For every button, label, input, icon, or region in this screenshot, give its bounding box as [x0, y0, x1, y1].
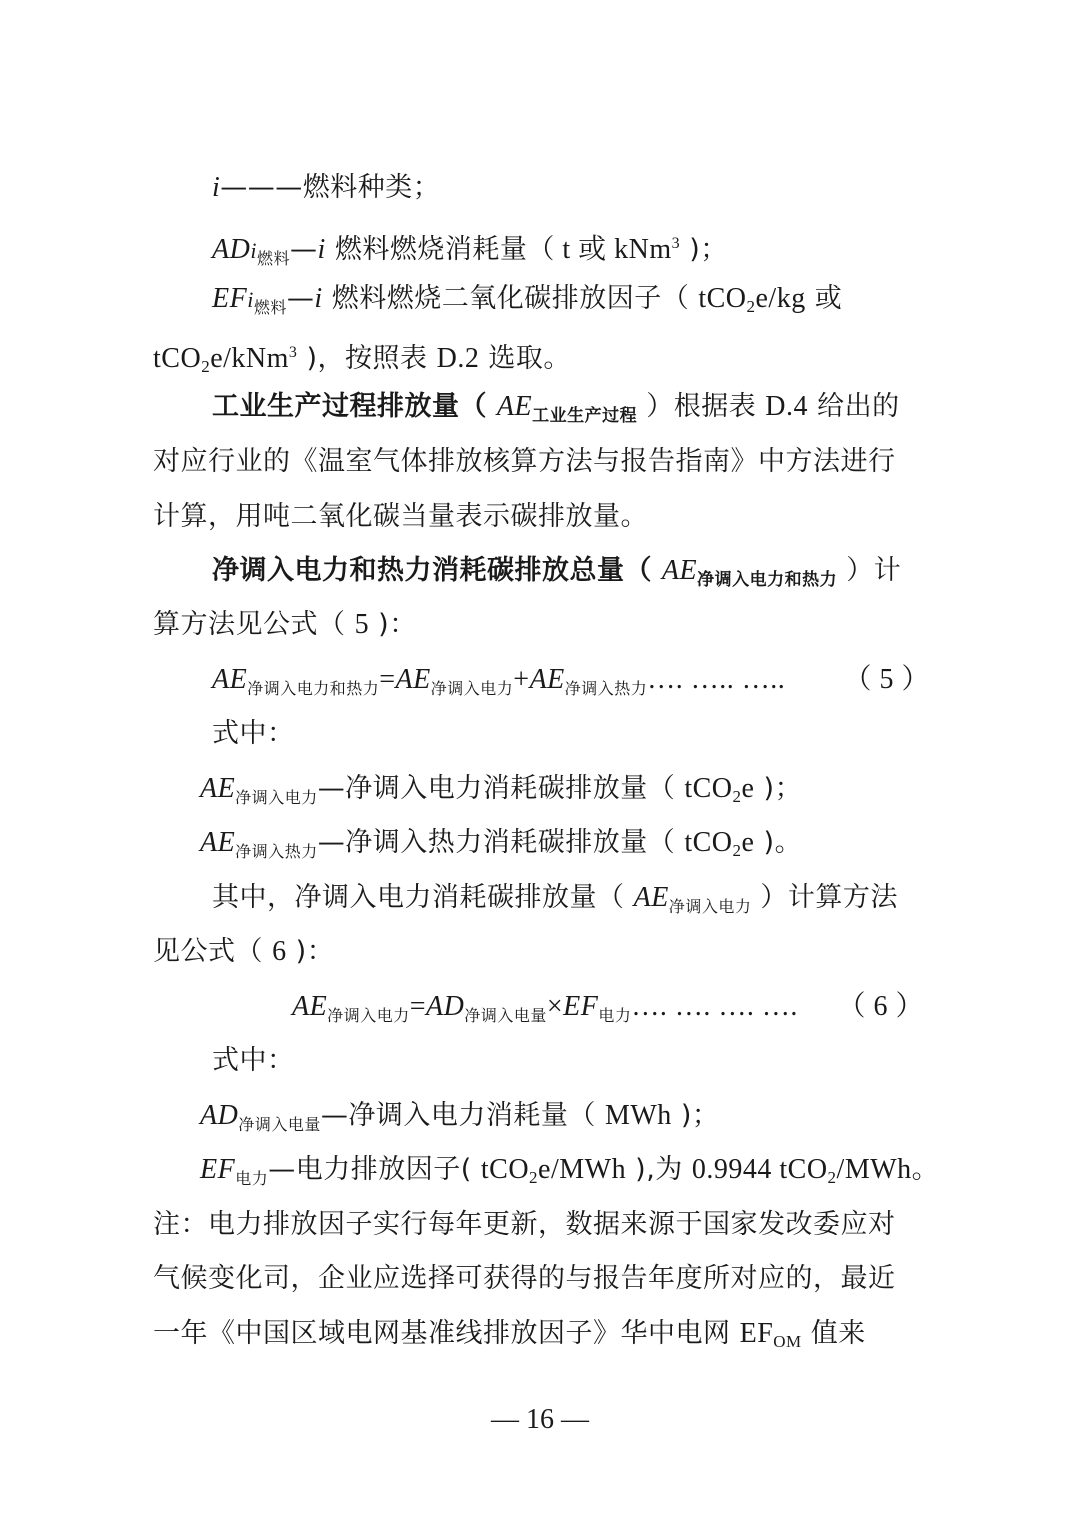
def-ef-fuel: EFi燃料—i 燃料燃烧二氧化碳排放因子（ tCO2e/kg 或: [212, 279, 842, 328]
industrial-process-heading: 工业生产过程排放量（ AE工业生产过程 ）根据表 D.4 给出的: [212, 387, 900, 436]
formula-6: AE净调入电力=AD净调入电量×EF电力…. …. …. ….（ 6 ）: [292, 987, 924, 1036]
equation-number: （ 5 ）: [843, 660, 930, 700]
paragraph-line: 对应行业的《温室气体排放核算方法与报告指南》中方法进行: [153, 442, 896, 482]
net-power-heat-heading: 净调入电力和热力消耗碳排放总量（ AE净调入电力和热力 ）计: [212, 551, 901, 600]
def-ef-fuel-cont: tCO2e/kNm3 )，按照表 D.2 选取。: [153, 333, 571, 387]
def-ad-net-power: AD净调入电量—净调入电力消耗量（ MWh )；: [200, 1096, 719, 1145]
paragraph-line: 算方法见公式（ 5 )：: [153, 605, 417, 645]
equation-number: （ 6 ）: [837, 987, 924, 1027]
note-line: 注：电力排放因子实行每年更新，数据来源于国家发改委应对: [153, 1205, 896, 1245]
page-number: — 16 —: [0, 1404, 1080, 1436]
def-ae-net-heat: AE净调入热力—净调入热力消耗碳排放量（ tCO2e )。: [200, 823, 802, 872]
paragraph-line: 计算，用吨二氧化碳当量表示碳排放量。: [153, 497, 648, 537]
paragraph-line: 其中，净调入电力消耗碳排放量（ AE净调入电力 ）计算方法: [212, 878, 898, 927]
where-label: 式中：: [212, 1041, 295, 1081]
note-line: 一年《中国区域电网基准线排放因子》华中电网 EFOM 值来: [153, 1314, 866, 1362]
note-line: 气候变化司，企业应选择可获得的与报告年度所对应的，最近: [153, 1259, 896, 1299]
paragraph-line: 见公式（ 6 )：: [153, 932, 334, 972]
def-ad-fuel: ADi燃料—i 燃料燃烧消耗量（ t 或 kNm3 )；: [212, 224, 728, 279]
def-i: i———燃料种类；: [212, 168, 440, 208]
def-ef-power: EF电力—电力排放因子( tCO2e/MWh ),为 0.9944 tCO2/M…: [200, 1150, 939, 1199]
formula-5: AE净调入电力和热力=AE净调入电力+AE净调入热力…. ….. …..（ 5 …: [212, 660, 930, 709]
emission-factor-value: 0.9944 tCO: [692, 1154, 828, 1185]
def-ae-net-power: AE净调入电力—净调入电力消耗碳排放量（ tCO2e )；: [200, 769, 802, 818]
where-label: 式中：: [212, 714, 295, 754]
